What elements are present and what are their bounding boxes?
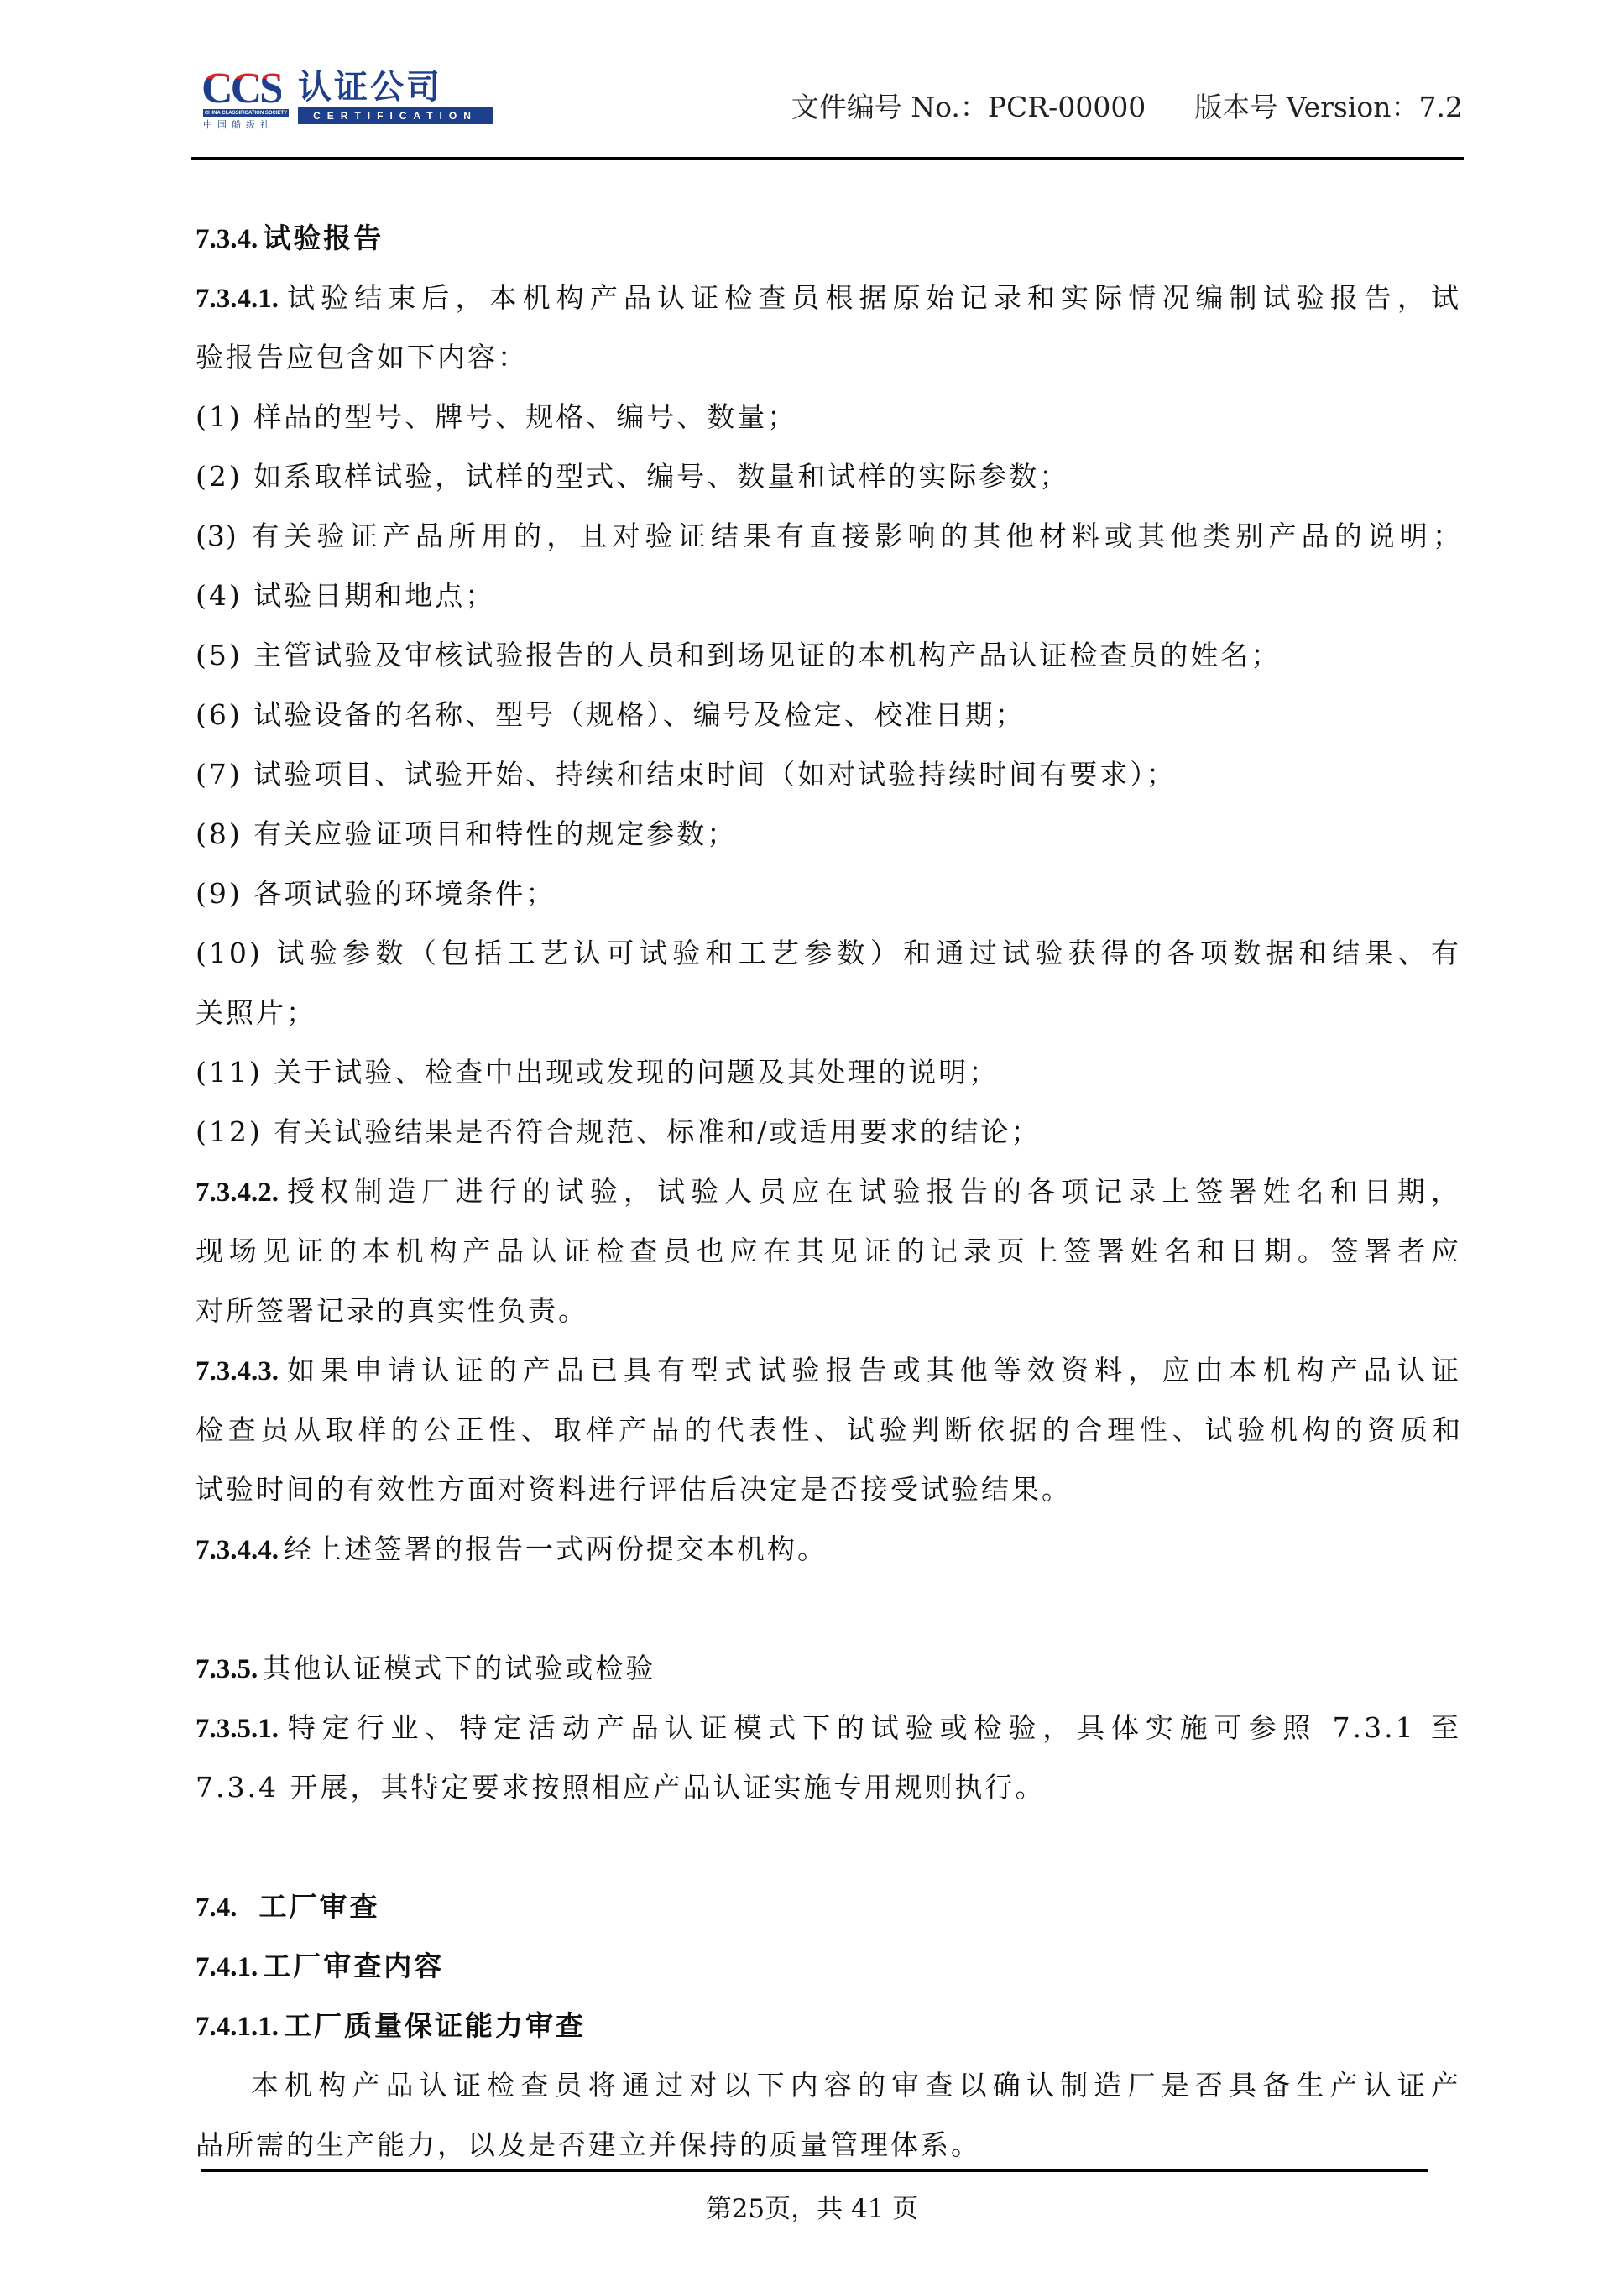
list-item: (5) 主管试验及审核试验报告的人员和到场见证的本机构产品认证检查员的姓名；	[196, 625, 1461, 685]
list-item: (3) 有关验证产品所用的，且对验证结果有直接影响的其他材料或其他类别产品的说明…	[196, 506, 1461, 566]
list-item: (11) 关于试验、检查中出现或发现的问题及其处理的说明；	[196, 1042, 1461, 1102]
list-item: (8) 有关应验证项目和特性的规定参数；	[196, 804, 1461, 864]
list-item: (6) 试验设备的名称、型号（规格）、编号及检定、校准日期；	[196, 685, 1461, 744]
section-heading-7-4-1-1: 7.4.1.1.工厂质量保证能力审查	[196, 1996, 1461, 2055]
footer-divider	[201, 2169, 1428, 2172]
doc-number: 文件编号 No.：PCR-00000	[791, 91, 1146, 123]
list-item: (10) 试验参数（包括工艺认可试验和工艺参数）和通过试验获得的各项数据和结果、…	[196, 923, 1461, 1042]
clause-7-3-4-2: 7.3.4.2.授权制造厂进行的试验，试验人员应在试验报告的各项记录上签署姓名和…	[196, 1162, 1461, 1340]
header-divider	[191, 157, 1464, 160]
list-item: (9) 各项试验的环境条件；	[196, 864, 1461, 923]
document-body: 7.3.4.试验报告 7.3.4.1.试验结束后，本机构产品认证检查员根据原始记…	[196, 208, 1461, 2175]
report-contents-list: (1) 样品的型号、牌号、规格、编号、数量； (2) 如系取样试验，试样的型式、…	[196, 387, 1461, 1162]
logo-society-cn: 中国船级社	[203, 117, 274, 131]
clause-7-3-4-4: 7.3.4.4.经上述签署的报告一式两份提交本机构。	[196, 1519, 1461, 1579]
list-item: (4) 试验日期和地点；	[196, 566, 1461, 625]
section-heading-7-3-5: 7.3.5.其他认证模式下的试验或检验	[196, 1638, 1461, 1698]
logo-company-cn: 认证公司	[298, 69, 442, 106]
paragraph-7-4-1-1: 本机构产品认证检查员将通过对以下内容的审查以确认制造厂是否具备生产认证产 品所需…	[196, 2055, 1461, 2175]
section-heading-7-4: 7.4.工厂审查	[196, 1877, 1461, 1936]
ccs-logo-mark: CCS	[201, 67, 281, 111]
page-number: 第25页，共 41 页	[0, 2192, 1624, 2226]
list-item: (12) 有关试验结果是否符合规范、标准和/或适用要求的结论；	[196, 1102, 1461, 1162]
ccs-certification-logo: CCS CHINA CLASSIFICATION SOCIETY 中国船级社 认…	[201, 67, 495, 128]
section-heading-7-3-4: 7.3.4.试验报告	[196, 208, 1461, 268]
document-meta: 文件编号 No.：PCR-00000版本号 Version：7.2	[791, 91, 1463, 124]
clause-7-3-5-1: 7.3.5.1.特定行业、特定活动产品认证模式下的试验或检验，具体实施可参照 7…	[196, 1698, 1461, 1817]
clause-7-3-4-1: 7.3.4.1.试验结束后，本机构产品认证检查员根据原始记录和实际情况编制试验报…	[196, 268, 1461, 387]
section-heading-7-4-1: 7.4.1.工厂审查内容	[196, 1936, 1461, 1996]
list-item: (2) 如系取样试验，试样的型式、编号、数量和试样的实际参数；	[196, 446, 1461, 506]
logo-certification-en: CERTIFICATION	[298, 107, 493, 124]
list-item: (1) 样品的型号、牌号、规格、编号、数量；	[196, 387, 1461, 446]
doc-version: 版本号 Version：7.2	[1194, 91, 1463, 123]
list-item: (7) 试验项目、试验开始、持续和结束时间（如对试验持续时间有要求）；	[196, 744, 1461, 804]
logo-society-en: CHINA CLASSIFICATION SOCIETY	[203, 109, 289, 117]
clause-7-3-4-3: 7.3.4.3.如果申请认证的产品已具有型式试验报告或其他等效资料，应由本机构产…	[196, 1340, 1461, 1519]
